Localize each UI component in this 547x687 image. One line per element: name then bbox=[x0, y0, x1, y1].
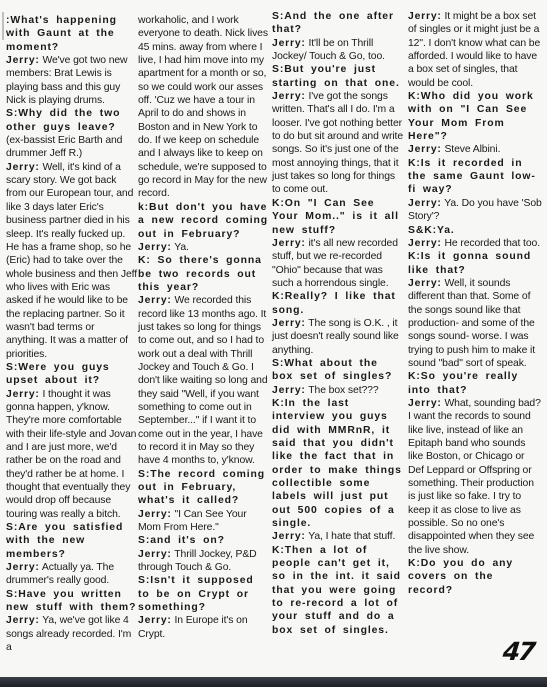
page-number: 47 bbox=[501, 637, 535, 666]
interview-answer: Jerry: He recorded that too. bbox=[408, 237, 542, 250]
interview-question: S:Isn't it supposed to be on Crypt or so… bbox=[138, 574, 270, 614]
speaker-label: Jerry: bbox=[408, 11, 442, 22]
text-column-3: S:And the one after that?Jerry: It'll be… bbox=[272, 10, 404, 637]
interview-answer: Jerry: It'll be on Thrill Jockey/ Touch … bbox=[272, 37, 404, 64]
answer-text: Steve Albini. bbox=[442, 144, 501, 155]
interview-question: K:Then a lot of people can't get it, so … bbox=[272, 544, 404, 637]
speaker-label: Jerry: bbox=[138, 242, 172, 253]
speaker-label: Jerry: bbox=[138, 295, 172, 306]
interview-question: K:Do you do any covers on the record? bbox=[408, 557, 542, 597]
speaker-label: Jerry: bbox=[6, 55, 40, 66]
interview-question: :What's happening with Gaunt at the mome… bbox=[6, 14, 138, 54]
interview-answer: Jerry: Ya. bbox=[138, 241, 270, 254]
answer-text: It might be a box set of singles or it m… bbox=[408, 11, 540, 89]
interview-answer: Jerry: In Europe it's on Crypt. bbox=[138, 614, 270, 641]
zine-page: :What's happening with Gaunt at the mome… bbox=[0, 0, 547, 687]
interview-question: S:What about the box set of singles? bbox=[272, 357, 404, 384]
interview-answer: Jerry: We've got two new members: Brat L… bbox=[6, 54, 138, 107]
speaker-label: Jerry: bbox=[138, 549, 172, 560]
body-text: workaholic, and I work everyone to death… bbox=[138, 14, 270, 201]
speaker-label: Jerry: bbox=[408, 398, 442, 409]
interview-question: S:Why did the two other guys leave? bbox=[6, 107, 138, 134]
interview-question: k:But don't you have a new record coming… bbox=[138, 201, 270, 241]
interview-question: K:Who did you work with on "I Can See Yo… bbox=[408, 90, 542, 143]
answer-text: I've got the songs written. That's all I… bbox=[272, 91, 403, 195]
answer-text: I thought it was gonna happen, y'know. T… bbox=[6, 389, 136, 520]
answer-text: Ya, I hate that stuff. bbox=[306, 531, 396, 542]
interview-answer: Jerry: Well, it's kind of a scary story.… bbox=[6, 161, 138, 361]
interview-question: S:And the one after that? bbox=[272, 10, 404, 37]
answer-text: Well, it's kind of a scary story. We got… bbox=[6, 162, 137, 360]
speaker-label: Jerry: bbox=[272, 38, 306, 49]
answer-text: Ya. bbox=[172, 242, 189, 253]
interview-answer: Jerry: I've got the songs written. That'… bbox=[272, 90, 404, 197]
speaker-label: Jerry: bbox=[6, 562, 40, 573]
answer-text: Well, it sounds different than that. Som… bbox=[408, 278, 535, 369]
speaker-label: Jerry: bbox=[408, 198, 442, 209]
speaker-label: Jerry: bbox=[272, 531, 306, 542]
interview-answer: Jerry: The box set??? bbox=[272, 384, 404, 397]
interview-question: S&K:Ya. bbox=[408, 224, 542, 237]
interview-answer: Jerry: Ya, I hate that stuff. bbox=[272, 530, 404, 543]
speaker-label: Jerry: bbox=[272, 385, 306, 396]
speaker-label: Jerry: bbox=[408, 278, 442, 289]
interview-question: K: So there's gonna be two records out t… bbox=[138, 254, 270, 294]
interview-answer: Jerry: Ya, we've got like 4 songs alread… bbox=[6, 614, 138, 654]
speaker-label: Jerry: bbox=[272, 238, 306, 249]
interview-question: S:Are you satisfied with the new members… bbox=[6, 521, 138, 561]
interview-question: K:So you're really into that? bbox=[408, 370, 542, 397]
interview-question: K:Is it gonna sound like that? bbox=[408, 250, 542, 277]
interview-question: K:In the last interview you guys did wit… bbox=[272, 397, 404, 530]
interview-answer: Jerry: Steve Albini. bbox=[408, 143, 542, 156]
interview-answer: Jerry: I thought it was gonna happen, y'… bbox=[6, 388, 138, 521]
speaker-label: Jerry: bbox=[6, 162, 40, 173]
interview-answer: Jerry: We recorded this record like 13 m… bbox=[138, 294, 270, 467]
interview-question: K:On "I Can See Your Mom.." is it all ne… bbox=[272, 197, 404, 237]
interview-answer: Jerry: Well, it sounds different than th… bbox=[408, 277, 542, 370]
interview-answer: Jerry: It might be a box set of singles … bbox=[408, 10, 542, 90]
interview-answer: Jerry: Ya. Do you have 'Sob Story'? bbox=[408, 197, 542, 224]
speaker-label: Jerry: bbox=[408, 238, 442, 249]
scan-edge-mark bbox=[2, 12, 4, 40]
interview-answer: Jerry: The song is O.K. , it just doesn'… bbox=[272, 317, 404, 357]
speaker-label: Jerry: bbox=[272, 318, 306, 329]
answer-text: What, sounding bad? I want the records t… bbox=[408, 398, 541, 556]
interview-answer: Jerry: Actually ya. The drummer's really… bbox=[6, 561, 138, 588]
interview-question: S:and it's on? bbox=[138, 534, 270, 547]
interview-question: S:Have you written new stuff with them? bbox=[6, 588, 138, 615]
answer-text: We recorded this record like 13 months a… bbox=[138, 295, 268, 466]
answer-text: He recorded that too. bbox=[442, 238, 540, 249]
text-column-1: :What's happening with Gaunt at the mome… bbox=[6, 14, 138, 655]
interview-question: S:Were you guys upset about it? bbox=[6, 361, 138, 388]
speaker-label: Jerry: bbox=[138, 615, 172, 626]
interview-answer: Jerry: What, sounding bad? I want the re… bbox=[408, 397, 542, 557]
interview-question: S:The record coming out in February, wha… bbox=[138, 468, 270, 508]
speaker-label: Jerry: bbox=[272, 91, 306, 102]
interview-question: K:Really? I like that song. bbox=[272, 290, 404, 317]
interview-answer: Jerry: it's all new recorded stuff, but … bbox=[272, 237, 404, 290]
speaker-label: Jerry: bbox=[408, 144, 442, 155]
answer-text: The box set??? bbox=[306, 385, 379, 396]
interview-answer: Jerry: "I Can See Your Mom From Here." bbox=[138, 508, 270, 535]
interview-question: S:But you're just starting on that one. bbox=[272, 63, 404, 90]
interview-question: K:Is it recorded in the same Gaunt low-f… bbox=[408, 157, 542, 197]
body-text: (ex-bassist Eric Barth and drummer Jeff … bbox=[6, 134, 138, 161]
speaker-label: Jerry: bbox=[138, 509, 172, 520]
scan-bottom-edge bbox=[0, 677, 547, 687]
speaker-label: Jerry: bbox=[6, 615, 40, 626]
interview-answer: Jerry: Thrill Jockey, P&D through Touch … bbox=[138, 548, 270, 575]
text-column-4: Jerry: It might be a box set of singles … bbox=[408, 10, 542, 597]
text-column-2: workaholic, and I work everyone to death… bbox=[138, 14, 270, 641]
speaker-label: Jerry: bbox=[6, 389, 40, 400]
